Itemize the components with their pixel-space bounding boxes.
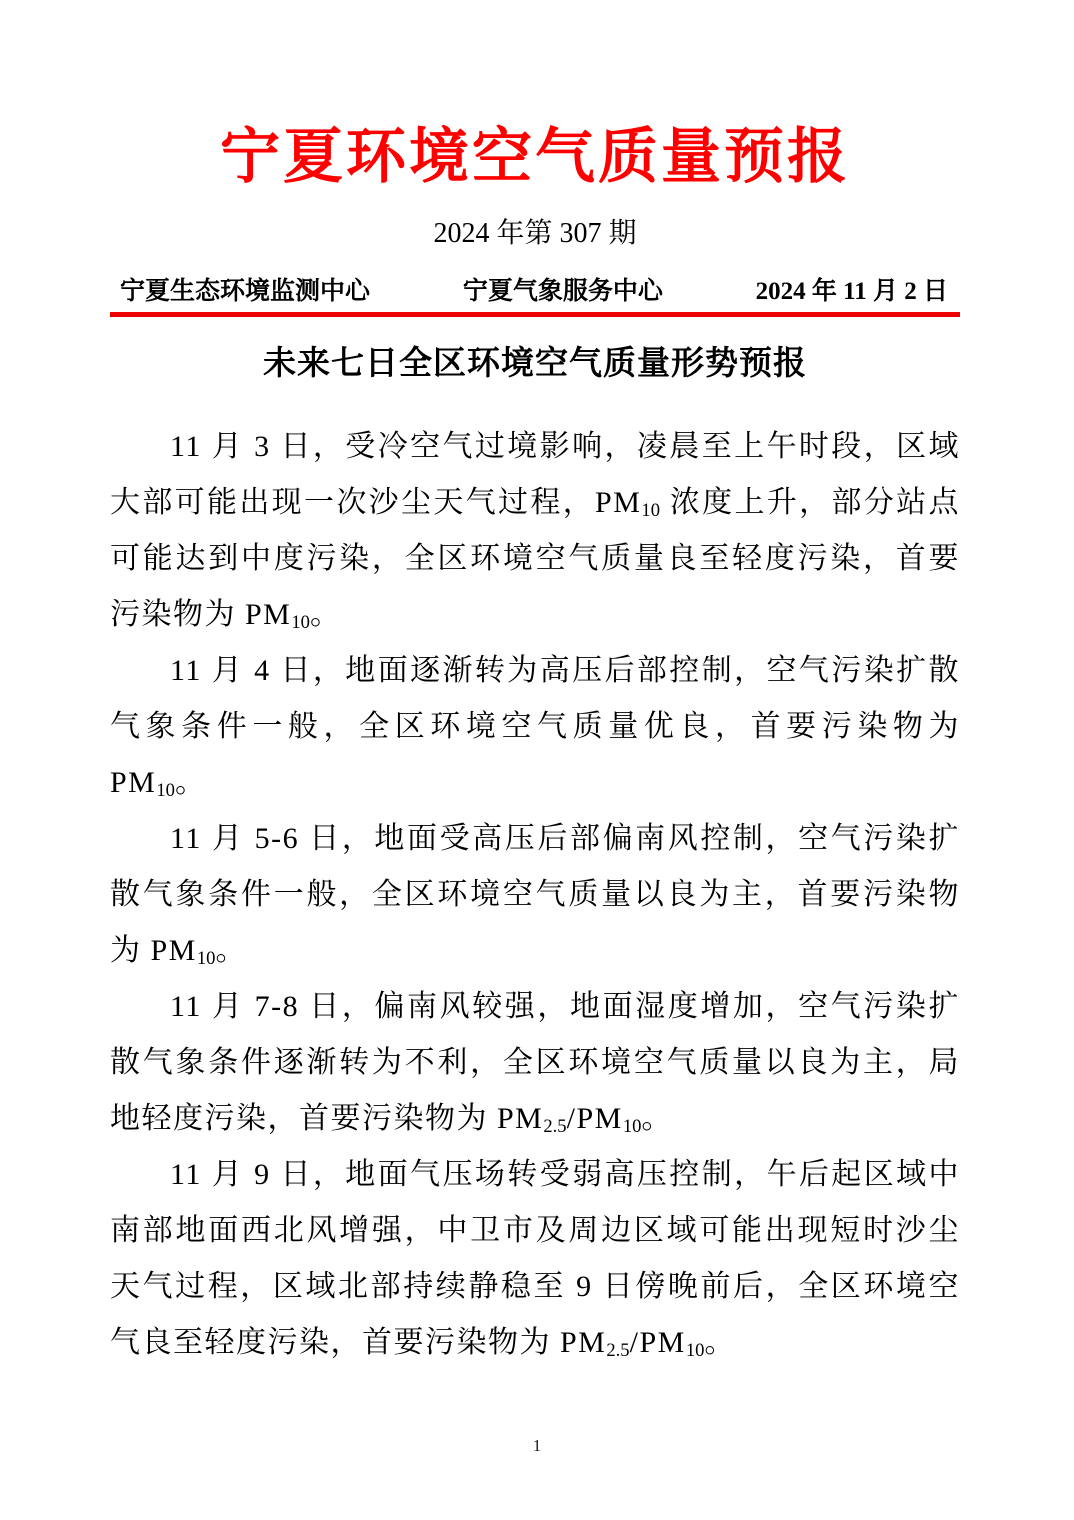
header-info-row: 宁夏生态环境监测中心 宁夏气象服务中心 2024 年 11 月 2 日 (110, 276, 960, 309)
forecast-paragraph-nov-9: 11 月 9 日，地面气压场转受弱高压控制，午后起区域中南部地面西北风增强，中卫… (110, 1147, 960, 1371)
page-number: 1 (0, 1436, 1074, 1456)
document-title: 宁夏环境空气质量预报 (110, 124, 960, 191)
org-monitoring-center: 宁夏生态环境监测中心 (120, 276, 370, 309)
org-weather-service-center: 宁夏气象服务中心 (463, 276, 663, 309)
issue-date: 2024 年 11 月 2 日 (756, 276, 948, 309)
forecast-paragraph-nov-4: 11 月 4 日，地面逐渐转为高压后部控制，空气污染扩散气象条件一般，全区环境空… (110, 643, 960, 811)
document-page: 宁夏环境空气质量预报 2024 年第 307 期 宁夏生态环境监测中心 宁夏气象… (0, 0, 1074, 1520)
issue-number: 2024 年第 307 期 (110, 216, 960, 251)
forecast-paragraph-nov-5-6: 11 月 5-6 日，地面受高压后部偏南风控制，空气污染扩散气象条件一般，全区环… (110, 811, 960, 979)
forecast-paragraph-nov-7-8: 11 月 7-8 日，偏南风较强，地面湿度增加，空气污染扩散气象条件逐渐转为不利… (110, 979, 960, 1147)
forecast-paragraph-nov-3: 11 月 3 日，受冷空气过境影响，凌晨至上午时段，区域大部可能出现一次沙尘天气… (110, 419, 960, 643)
red-divider-line (110, 312, 960, 317)
forecast-body: 11 月 3 日，受冷空气过境影响，凌晨至上午时段，区域大部可能出现一次沙尘天气… (110, 419, 960, 1371)
section-title: 未来七日全区环境空气质量形势预报 (110, 344, 960, 385)
